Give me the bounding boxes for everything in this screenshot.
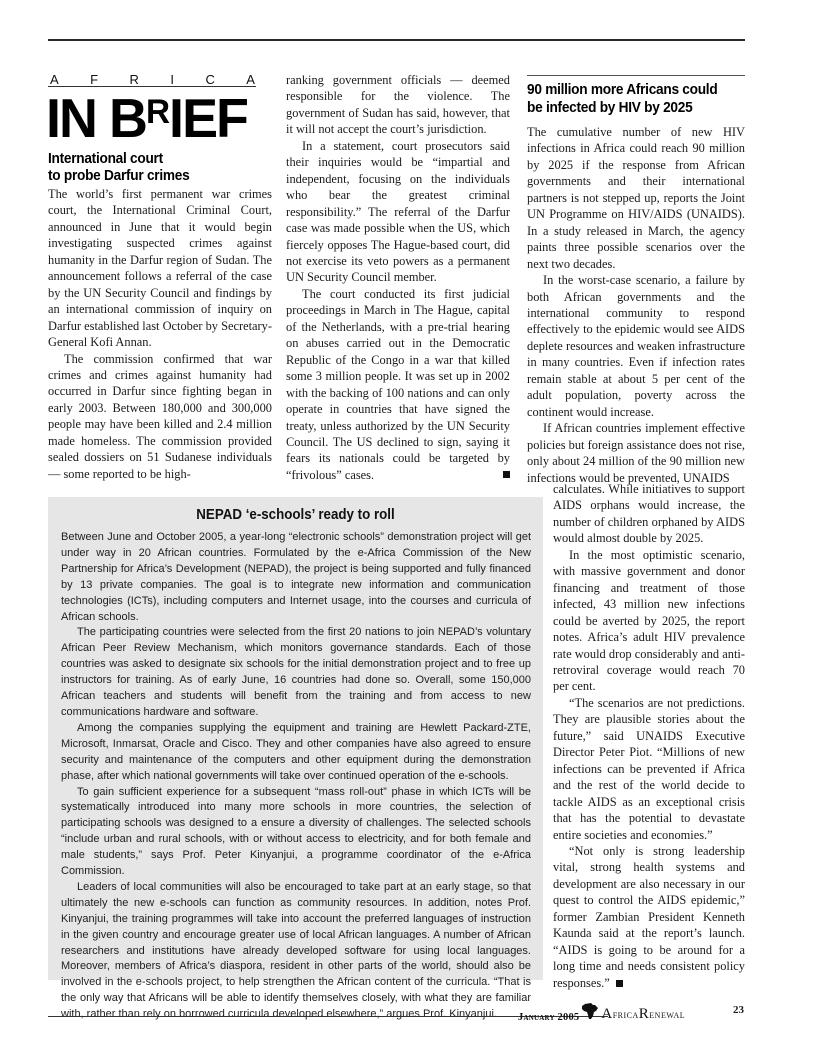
page-footer: January 2005 AfricaRenewal xyxy=(518,1003,685,1023)
paragraph: In a statement, court prosecutors said t… xyxy=(286,138,510,286)
headline-rule xyxy=(527,75,745,76)
africa-map-icon xyxy=(581,1003,599,1023)
article-darfur-column-1: The world’s first permanent war crimes c… xyxy=(48,186,272,482)
paragraph: ranking government officials — deemed re… xyxy=(286,72,510,138)
article-darfur-column-2: ranking government officials — deemed re… xyxy=(286,72,510,483)
sidebar-headline: NEPAD ‘e-schools’ ready to roll xyxy=(68,507,523,523)
section-masthead: IN BRIEF xyxy=(46,84,247,146)
kicker-letter: A xyxy=(246,72,255,87)
paragraph: Leaders of local communities will also b… xyxy=(61,880,531,1023)
paragraph: The court conducted its first judicial p… xyxy=(286,286,510,483)
article-hiv-column-top: The cumulative number of new HIV infecti… xyxy=(527,124,745,486)
paragraph: To gain sufficient experience for a subs… xyxy=(61,785,531,880)
paragraph: In the worst-case scenario, a failure by… xyxy=(527,272,745,420)
paragraph: The commission confirmed that war crimes… xyxy=(48,351,272,483)
paragraph: The participating countries were selecte… xyxy=(61,625,531,720)
sidebar-body: Between June and October 2005, a year-lo… xyxy=(61,530,531,1023)
top-rule xyxy=(48,39,745,41)
paragraph: Among the companies supplying the equipm… xyxy=(61,721,531,785)
paragraph: In the most optimistic scenario, with ma… xyxy=(553,547,745,695)
sidebar-box-nepad: NEPAD ‘e-schools’ ready to roll Between … xyxy=(48,497,543,980)
paragraph: If African countries implement effective… xyxy=(527,420,745,486)
paragraph: “The scenarios are not predictions. They… xyxy=(553,695,745,843)
article-headline-hiv: 90 million more Africans could be infect… xyxy=(527,81,743,116)
publication-name: AfricaRenewal xyxy=(601,1006,685,1023)
paragraph: calculates. While initiatives to support… xyxy=(553,481,745,547)
paragraph: The world’s first permanent war crimes c… xyxy=(48,186,272,351)
paragraph: “Not only is strong leadership vital, st… xyxy=(553,843,745,991)
article-hiv-column-bottom: calculates. While initiatives to support… xyxy=(553,481,745,991)
issue-date: January 2005 xyxy=(518,1012,579,1023)
paragraph: Between June and October 2005, a year-lo… xyxy=(61,530,531,625)
page-number: 23 xyxy=(733,1004,744,1016)
paragraph: The cumulative number of new HIV infecti… xyxy=(527,124,745,272)
end-of-article-icon xyxy=(616,980,623,987)
end-of-article-icon xyxy=(503,471,510,478)
article-headline-darfur: International court to probe Darfur crim… xyxy=(48,150,255,184)
